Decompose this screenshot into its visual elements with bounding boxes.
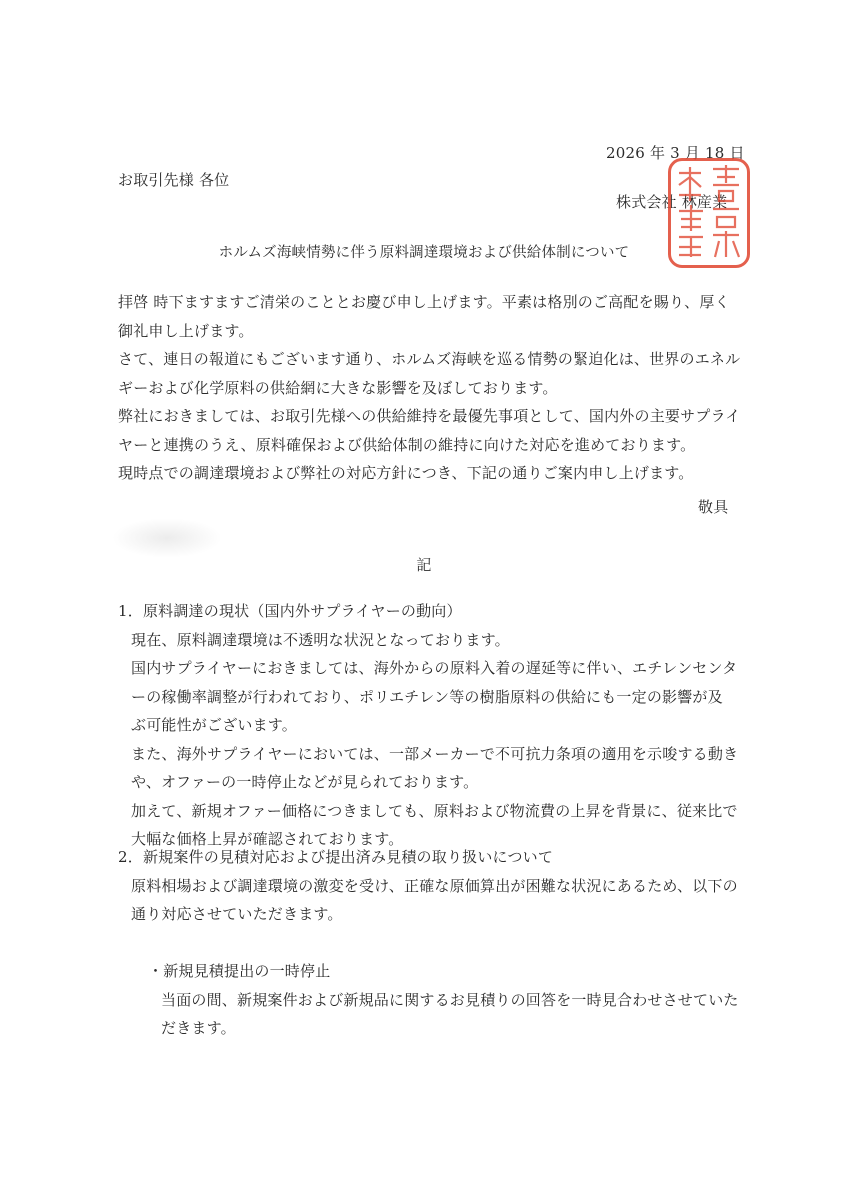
intro-line: ヤーと連携のうえ、原料確保および供給体制の維持に向けた対応を進めております。	[118, 431, 738, 460]
bullet-line: 当面の間、新規案件および新規品に関するお見積りの回答を一時見合わせさせていた	[118, 986, 739, 1015]
section-1: 1．原料調達の現状（国内外サプライヤーの動向） 現在、原料調達環境は不透明な状況…	[118, 597, 738, 854]
addressee: お取引先様 各位	[118, 170, 229, 190]
section-line: 加えて、新規オファー価格につきましても、原料および物流費の上昇を背景に、従来比で	[118, 797, 738, 826]
section-line: 通り対応させていただきます。	[118, 900, 738, 929]
section-heading: 1．原料調達の現状（国内外サプライヤーの動向）	[118, 597, 738, 626]
intro-line: 拝啓 時下ますますご清栄のこととお慶び申し上げます。平素は格別のご高配を賜り、厚…	[118, 288, 738, 317]
intro-line: 弊社におきましては、お取引先様への供給維持を最優先事項として、国内外の主要サプラ…	[118, 402, 738, 431]
ki-marker: 記	[0, 555, 848, 575]
closing-keigu: 敬具	[698, 497, 728, 517]
section-line: 現在、原料調達環境は不透明な状況となっております。	[118, 626, 738, 655]
section-line: や、オファーの一時停止などが見られております。	[118, 768, 738, 797]
scan-smudge	[112, 518, 222, 558]
section-2-bullet: ・新規見積提出の一時停止 当面の間、新規案件および新規品に関するお見積りの回答を…	[118, 957, 739, 1043]
intro-line: 現時点での調達環境および弊社の対応方針につき、下記の通りご案内申し上げます。	[118, 459, 738, 488]
section-line: また、海外サプライヤーにおいては、一部メーカーで不可抗力条項の適用を示唆する動き	[118, 740, 738, 769]
intro-line: ギーおよび化学原料の供給網に大きな影響を及ぼしております。	[118, 374, 738, 403]
intro-line: 御礼申し上げます。	[118, 317, 738, 346]
section-heading: 2．新規案件の見積対応および提出済み見積の取り扱いについて	[118, 843, 738, 872]
document-title: ホルムズ海峡情勢に伴う原料調達環境および供給体制について	[0, 243, 848, 263]
section-line: 原料相場および調達環境の激変を受け、正確な原価算出が困難な状況にあるため、以下の	[118, 872, 738, 901]
section-line: ぶ可能性がございます。	[118, 711, 738, 740]
intro-line: さて、連日の報道にもございます通り、ホルムズ海峡を巡る情勢の緊迫化は、世界のエネ…	[118, 345, 738, 374]
bullet-heading: ・新規見積提出の一時停止	[118, 957, 739, 986]
section-2: 2．新規案件の見積対応および提出済み見積の取り扱いについて 原料相場および調達環…	[118, 843, 738, 929]
section-line: 国内サプライヤーにおきましては、海外からの原料入着の遅延等に伴い、エチレンセンタ	[118, 654, 738, 683]
section-line: ーの稼働率調整が行われており、ポリエチレン等の樹脂原料の供給にも一定の影響が及	[118, 683, 738, 712]
bullet-line: だきます。	[118, 1014, 739, 1043]
intro-paragraph: 拝啓 時下ますますご清栄のこととお慶び申し上げます。平素は格別のご高配を賜り、厚…	[118, 288, 738, 488]
